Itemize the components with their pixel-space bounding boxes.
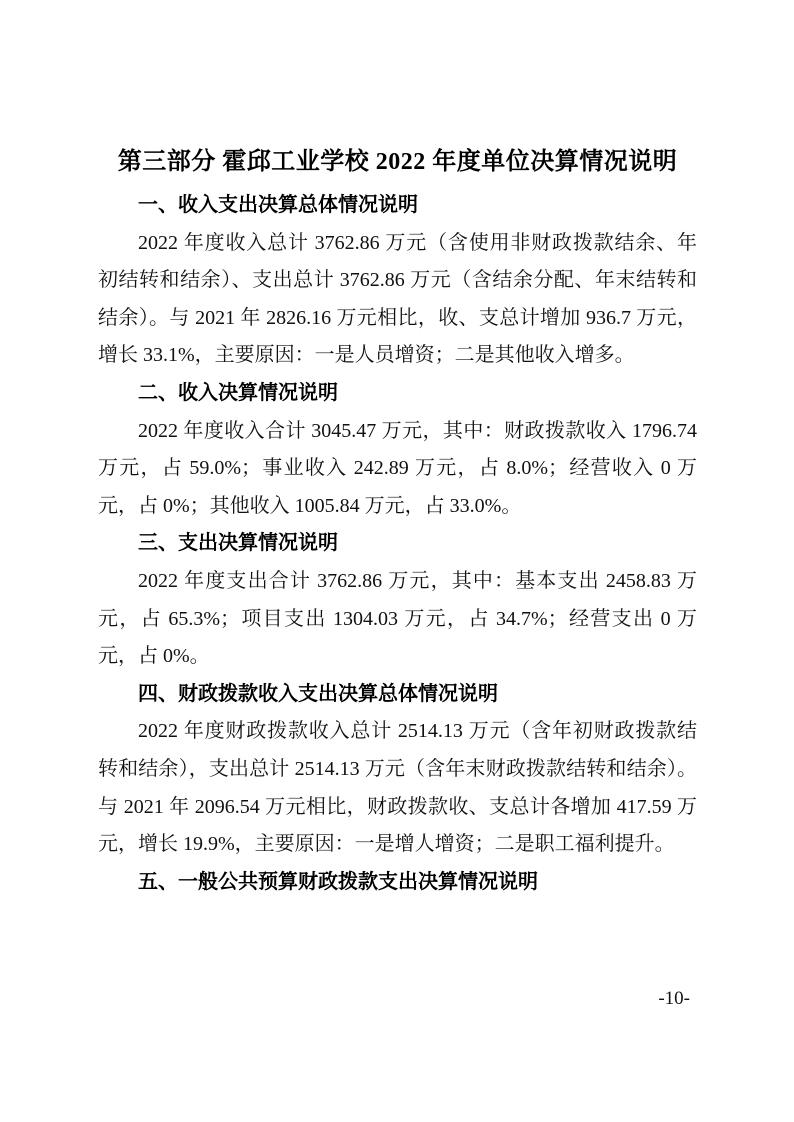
document-page: 第三部分 霍邱工业学校 2022 年度单位决算情况说明 一、收入支出决算总体情况… — [0, 0, 794, 1122]
section-5-heading: 五、一般公共预算财政拨款支出决算情况说明 — [98, 864, 697, 902]
section-1-paragraph: 2022 年度收入总计 3762.86 万元（含使用非财政拨款结余、年初结转和结… — [98, 225, 697, 375]
section-fiscal-appropriation-overview: 四、财政拨款收入支出决算总体情况说明 2022 年度财政拨款收入总计 2514.… — [98, 676, 697, 864]
section-1-heading: 一、收入支出决算总体情况说明 — [98, 187, 697, 225]
section-4-heading: 四、财政拨款收入支出决算总体情况说明 — [98, 676, 697, 714]
section-3-paragraph: 2022 年度支出合计 3762.86 万元，其中：基本支出 2458.83 万… — [98, 563, 697, 676]
section-public-budget-expense: 五、一般公共预算财政拨款支出决算情况说明 — [98, 864, 697, 902]
section-3-heading: 三、支出决算情况说明 — [98, 525, 697, 563]
section-4-paragraph: 2022 年度财政拨款收入总计 2514.13 万元（含年初财政拨款结转和结余）… — [98, 713, 697, 863]
document-content: 第三部分 霍邱工业学校 2022 年度单位决算情况说明 一、收入支出决算总体情况… — [98, 142, 697, 901]
document-title: 第三部分 霍邱工业学校 2022 年度单位决算情况说明 — [98, 142, 697, 182]
page-number: -10- — [658, 988, 690, 1010]
section-2-paragraph: 2022 年度收入合计 3045.47 万元，其中：财政拨款收入 1796.74… — [98, 413, 697, 526]
section-income-expense-overview: 一、收入支出决算总体情况说明 2022 年度收入总计 3762.86 万元（含使… — [98, 187, 697, 375]
section-income-accounts: 二、收入决算情况说明 2022 年度收入合计 3045.47 万元，其中：财政拨… — [98, 375, 697, 525]
section-2-heading: 二、收入决算情况说明 — [98, 375, 697, 413]
section-expense-accounts: 三、支出决算情况说明 2022 年度支出合计 3762.86 万元，其中：基本支… — [98, 525, 697, 675]
